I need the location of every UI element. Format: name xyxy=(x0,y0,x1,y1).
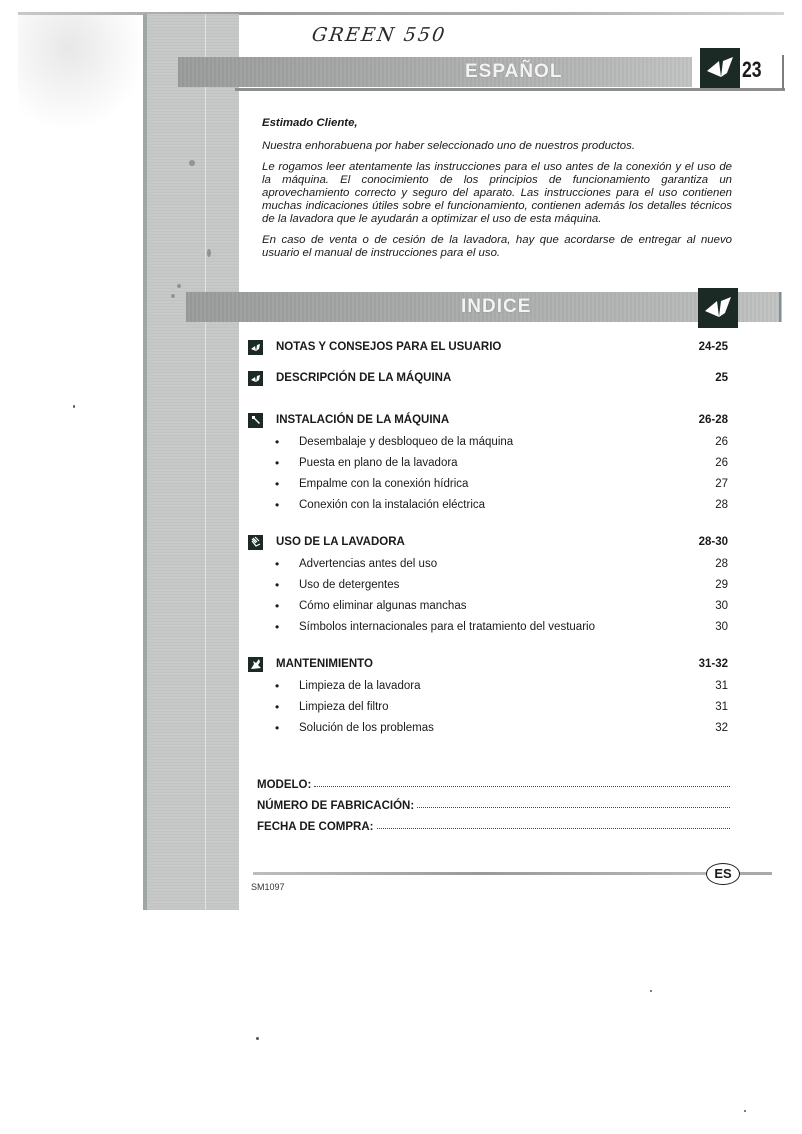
check-book-icon xyxy=(248,340,263,355)
language-badge: ES xyxy=(706,863,740,885)
header-title: ESPAÑOL xyxy=(465,57,562,87)
sidebar-strip xyxy=(143,14,239,910)
index-title: INDICE xyxy=(461,292,531,322)
toc-heading[interactable]: DESCRIPCIÓN DE LA MÁQUINA 25 xyxy=(248,367,728,389)
toc-section: NOTAS Y CONSEJOS PARA EL USUARIO 24-25 xyxy=(248,336,728,358)
toc-item[interactable]: •Limpieza del filtro31 xyxy=(248,696,728,717)
intro-paragraph: Le rogamos leer atentamente las instrucc… xyxy=(262,161,732,226)
product-info-fields: MODELO: NÚMERO DE FABRICACIÓN: FECHA DE … xyxy=(257,770,730,833)
toc-section: INSTALACIÓN DE LA MÁQUINA 26-28 •Desemba… xyxy=(248,409,728,515)
intro-paragraph: Nuestra enhorabuena por haber selecciona… xyxy=(262,140,732,153)
wrench-icon xyxy=(248,413,263,428)
greeting: Estimado Cliente, xyxy=(262,117,732,130)
header-band xyxy=(178,57,692,87)
toc-heading[interactable]: MANTENIMIENTO 31-32 xyxy=(248,653,728,675)
open-book-icon xyxy=(698,288,738,328)
footer-rule xyxy=(253,872,709,875)
page-number: 23 xyxy=(742,57,762,83)
model-field[interactable]: MODELO: xyxy=(257,770,730,791)
open-book-icon xyxy=(700,48,740,88)
maintenance-icon xyxy=(248,657,263,672)
toc-item[interactable]: •Advertencias antes del uso28 xyxy=(248,553,728,574)
hand-icon xyxy=(248,535,263,550)
toc-item[interactable]: •Cómo eliminar algunas manchas30 xyxy=(248,595,728,616)
intro-letter: Estimado Cliente, Nuestra enhorabuena po… xyxy=(262,117,732,268)
intro-paragraph: En caso de venta o de cesión de la lavad… xyxy=(262,234,732,260)
toc-item[interactable]: •Símbolos internacionales para el tratam… xyxy=(248,616,728,637)
toc-item[interactable]: •Desembalaje y desbloqueo de la máquina2… xyxy=(248,431,728,452)
serial-number-field[interactable]: NÚMERO DE FABRICACIÓN: xyxy=(257,791,730,812)
toc-item[interactable]: •Uso de detergentes29 xyxy=(248,574,728,595)
toc-heading[interactable]: INSTALACIÓN DE LA MÁQUINA 26-28 xyxy=(248,409,728,431)
toc-item[interactable]: •Empalme con la conexión hídrica27 xyxy=(248,473,728,494)
toc-section: USO DE LA LAVADORA 28-30 •Advertencias a… xyxy=(248,531,728,637)
toc-item[interactable]: •Conexión con la instalación eléctrica28 xyxy=(248,494,728,515)
document-code: SM1097 xyxy=(251,882,285,892)
toc-section: MANTENIMIENTO 31-32 •Limpieza de la lava… xyxy=(248,653,728,738)
toc-item[interactable]: •Solución de los problemas32 xyxy=(248,717,728,738)
toc-section: DESCRIPCIÓN DE LA MÁQUINA 25 xyxy=(248,367,728,389)
toc-heading[interactable]: USO DE LA LAVADORA 28-30 xyxy=(248,531,728,553)
purchase-date-field[interactable]: FECHA DE COMPRA: xyxy=(257,812,730,833)
toc-item[interactable]: •Limpieza de la lavadora31 xyxy=(248,675,728,696)
top-rule xyxy=(18,12,784,15)
handwritten-note: GREEN 550 xyxy=(310,24,447,46)
toc-heading[interactable]: NOTAS Y CONSEJOS PARA EL USUARIO 24-25 xyxy=(248,336,728,358)
toc-item[interactable]: •Puesta en plano de la lavadora26 xyxy=(248,452,728,473)
scan-haze xyxy=(18,12,146,132)
table-of-contents: NOTAS Y CONSEJOS PARA EL USUARIO 24-25 D… xyxy=(248,336,728,754)
check-book-icon xyxy=(248,371,263,386)
